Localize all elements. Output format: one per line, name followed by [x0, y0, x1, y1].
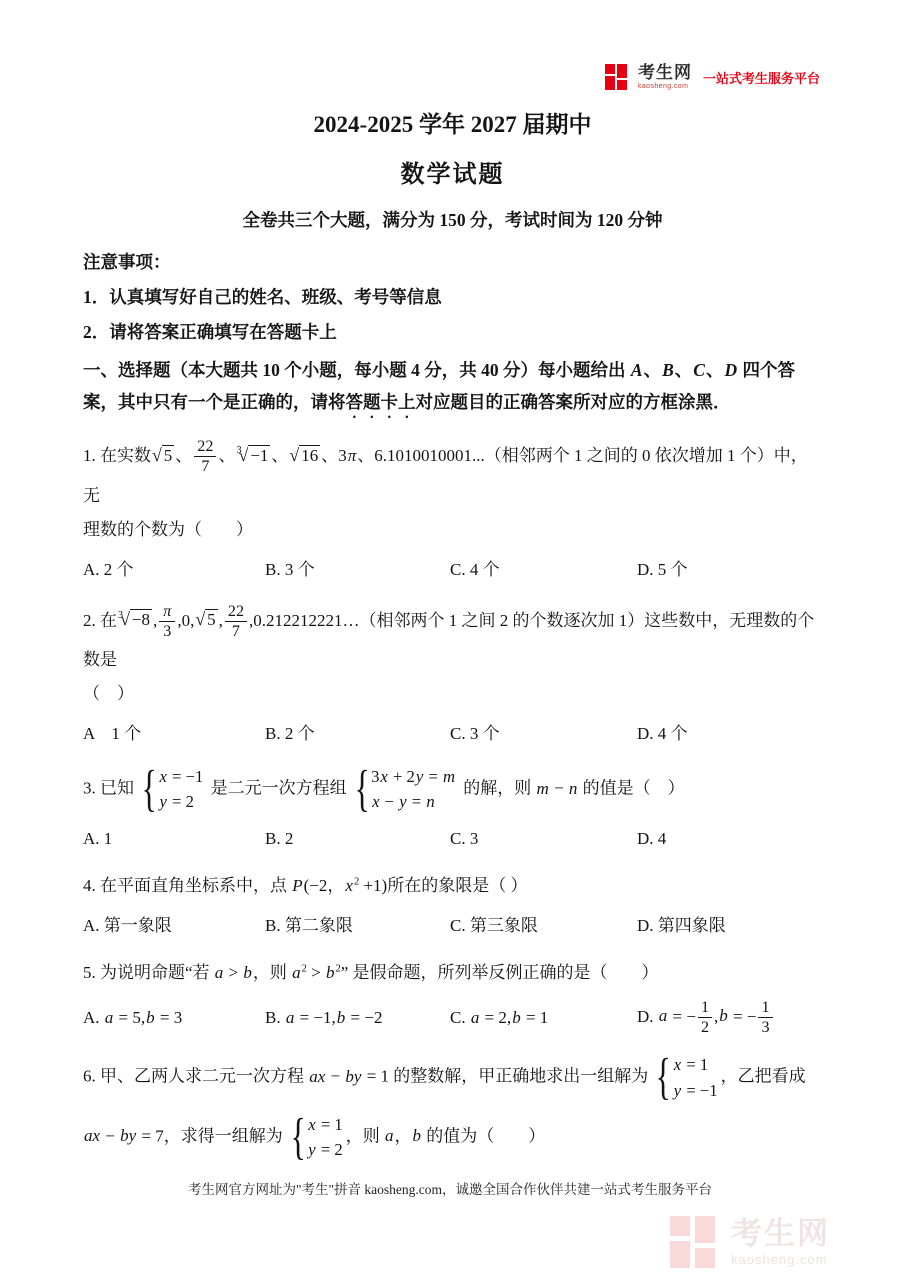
section-1-heading: 一、选择题（本大题共 10 个小题，每小题 4 分，共 40 分）每小题给出 A… — [83, 355, 822, 422]
question-2-option-c: C. 3 个 — [450, 717, 637, 751]
exam-document-page: 考生网 kaosheng.com 一站式考生服务平台 2024-2025 学年 … — [0, 0, 900, 1272]
question-2-options: A 1 个 B. 2 个 C. 3 个 D. 4 个 — [83, 717, 822, 751]
kaosheng-logo: 考生网 kaosheng.com 一站式考生服务平台 — [605, 64, 820, 90]
question-5-option-b: B. a = −1,b = −2 — [265, 1001, 450, 1035]
question-3-option-d: D. 4 — [637, 822, 822, 856]
title-block: 2024-2025 学年 2027 届期中 数学试题 全卷共三个大题，满分为 1… — [83, 0, 822, 232]
question-2-option-d: D. 4 个 — [637, 717, 822, 751]
question-4-option-a: A. 第一象限 — [83, 909, 265, 943]
exam-summary-line: 全卷共三个大题，满分为 150 分，考试时间为 120 分钟 — [83, 207, 822, 232]
watermark-domain: kaosheng.com — [731, 1253, 830, 1266]
notice-item-2: 2．请将答案正确填写在答题卡上 — [83, 315, 822, 350]
footer-text: 考生网官方网址为"考生"拼音 kaosheng.com，诚邀全国合作伙伴共建一站… — [0, 1178, 900, 1198]
question-1-options: A. 2 个 B. 3 个 C. 4 个 D. 5 个 — [83, 553, 822, 587]
question-2: 2. 在3√−8,π3,0,√5,227,0.212212221…（相邻两个 1… — [83, 600, 822, 752]
question-1-option-b: B. 3 个 — [265, 553, 450, 587]
question-6-text-line2: ax − by = 7，求得一组解为{x = 1y = 2，则 a，b 的值为（… — [83, 1112, 822, 1163]
question-2-option-a: A 1 个 — [83, 717, 265, 751]
notice-item-1: 1．认真填写好自己的姓名、班级、考号等信息 — [83, 280, 822, 315]
question-5-options: A. a = 5,b = 3 B. a = −1,b = −2 C. a = 2… — [83, 996, 822, 1040]
question-2-text-line2: （ ） — [83, 677, 822, 711]
logo-domain: kaosheng.com — [638, 83, 692, 90]
question-5-text-line1: 5. 为说明命题“若 a > b，则 a2 > b2” 是假命题，所列举反例正确… — [83, 956, 822, 990]
question-1-option-c: C. 4 个 — [450, 553, 637, 587]
question-4-option-c: C. 第三象限 — [450, 909, 637, 943]
question-1-text-line2: 理数的个数为（ ） — [83, 513, 822, 547]
exam-title-line1: 2024-2025 学年 2027 届期中 — [83, 106, 822, 139]
question-5-option-d: D. a = −12,b = −13 — [637, 996, 822, 1040]
notices-heading: 注意事项： — [83, 245, 822, 280]
question-4: 4. 在平面直角坐标系中，点 P(−2，x2 +1)所在的象限是（ ） A. 第… — [83, 869, 822, 943]
question-2-option-b: B. 2 个 — [265, 717, 450, 751]
question-4-option-b: B. 第二象限 — [265, 909, 450, 943]
question-1-option-d: D. 5 个 — [637, 553, 822, 587]
exam-title-line2: 数学试题 — [83, 154, 822, 189]
kaosheng-watermark: 考生网 kaosheng.com — [670, 1216, 830, 1268]
kaosheng-watermark-icon — [670, 1216, 722, 1268]
question-5: 5. 为说明命题“若 a > b，则 a2 > b2” 是假命题，所列举反例正确… — [83, 956, 822, 1040]
question-4-options: A. 第一象限 B. 第二象限 C. 第三象限 D. 第四象限 — [83, 909, 822, 943]
notices-block: 注意事项： 1．认真填写好自己的姓名、班级、考号等信息 2．请将答案正确填写在答… — [83, 245, 822, 350]
question-3-option-b: B. 2 — [265, 822, 450, 856]
question-1-text-line1: 1. 在实数√5、227、3√−1、√16、3π、6.1010010001...… — [83, 435, 822, 513]
question-1: 1. 在实数√5、227、3√−1、√16、3π、6.1010010001...… — [83, 435, 822, 587]
question-5-option-a: A. a = 5,b = 3 — [83, 1001, 265, 1035]
question-5-option-c: C. a = 2,b = 1 — [450, 1001, 637, 1035]
kaosheng-logo-icon — [605, 64, 631, 90]
question-2-text-line1: 2. 在3√−8,π3,0,√5,227,0.212212221…（相邻两个 1… — [83, 600, 822, 678]
logo-brand-name: 考生网 — [638, 64, 692, 81]
question-6-text-line1: 6. 甲、乙两人求二元一次方程 ax − by = 1 的整数解，甲正确地求出一… — [83, 1052, 822, 1103]
question-1-option-a: A. 2 个 — [83, 553, 265, 587]
question-3-options: A. 1 B. 2 C. 3 D. 4 — [83, 822, 822, 856]
question-4-text-line1: 4. 在平面直角坐标系中，点 P(−2，x2 +1)所在的象限是（ ） — [83, 869, 822, 903]
question-3-option-a: A. 1 — [83, 822, 265, 856]
question-3-text-line1: 3. 已知{x = −1y = 2 是二元一次方程组{3x + 2y = mx … — [83, 764, 822, 815]
question-3: 3. 已知{x = −1y = 2 是二元一次方程组{3x + 2y = mx … — [83, 764, 822, 855]
watermark-brand-name: 考生网 — [731, 1218, 830, 1249]
question-6: 6. 甲、乙两人求二元一次方程 ax − by = 1 的整数解，甲正确地求出一… — [83, 1052, 822, 1163]
question-3-option-c: C. 3 — [450, 822, 637, 856]
logo-tagline: 一站式考生服务平台 — [703, 68, 820, 87]
question-4-option-d: D. 第四象限 — [637, 909, 822, 943]
